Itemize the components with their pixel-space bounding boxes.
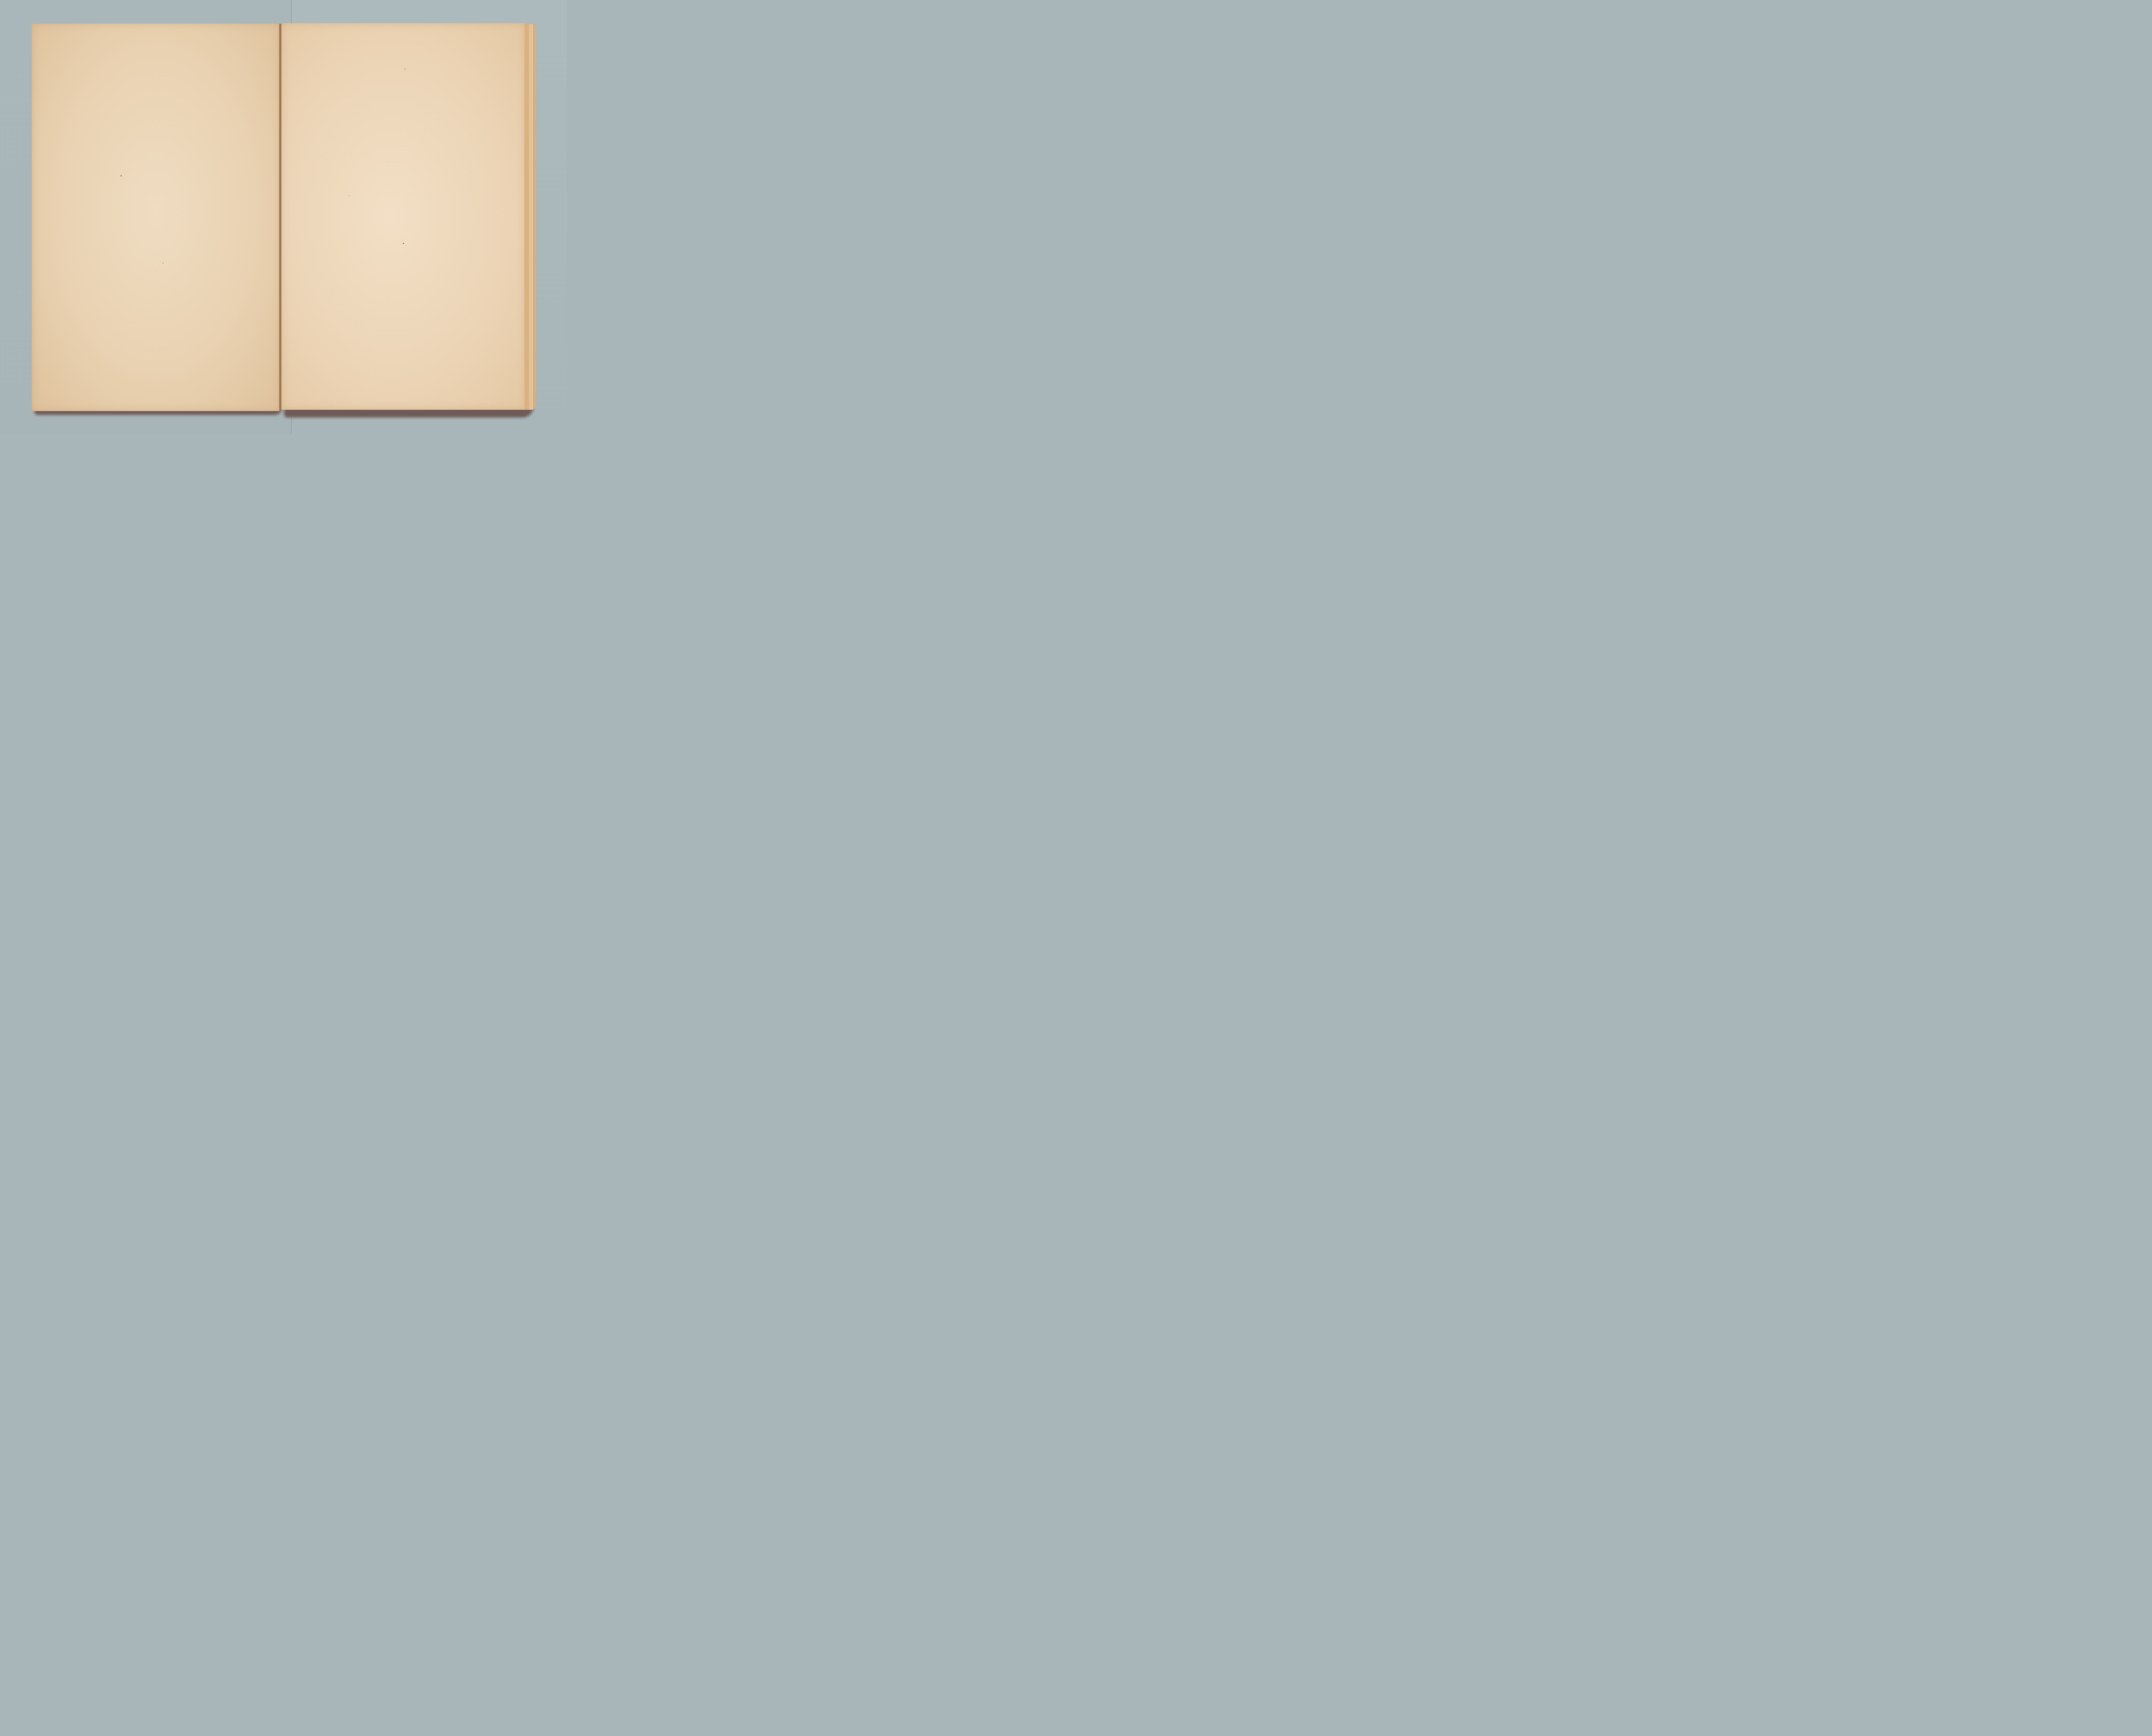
paper-speck [405, 68, 405, 69]
paper-speck [163, 263, 164, 263]
paper-speck [121, 175, 122, 176]
book-gutter [279, 24, 281, 411]
pencil-mark: ˝ [284, 26, 285, 28]
right-page: ˝ [281, 23, 526, 410]
paper-speck [349, 195, 350, 196]
book-fore-edge [524, 24, 536, 410]
left-page: ˝ [32, 24, 280, 411]
pencil-mark: ˝ [274, 26, 275, 28]
paper-speck [403, 243, 404, 244]
